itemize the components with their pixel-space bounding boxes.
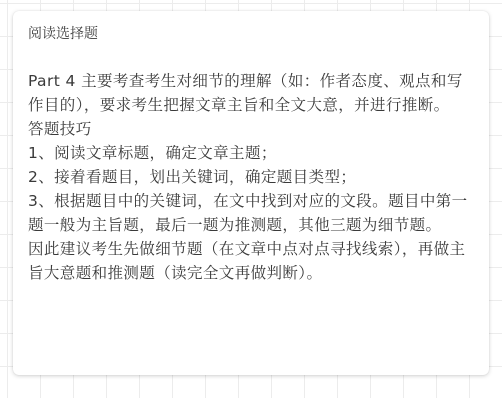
spacer: [28, 45, 475, 69]
paragraph-tips-heading: 答题技巧: [28, 117, 475, 141]
paragraph-tip-2: 2、接着看题目，划出关键词，确定题目类型；: [28, 165, 475, 189]
paragraph-advice: 因此建议考生先做细节题（在文章中点对点寻找线索），再做主旨大意题和推测题（读完全…: [28, 237, 475, 285]
card-title: 阅读选择题: [28, 23, 475, 45]
paragraph-tip-1: 1、阅读文章标题，确定文章主题；: [28, 141, 475, 165]
paragraph-tip-3: 3、根据题目中的关键词，在文中找到对应的文段。题目中第一题一般为主旨题，最后一题…: [28, 189, 475, 237]
card-content: Part 4 主要考查考生对细节的理解（如：作者态度、观点和写作目的），要求考生…: [28, 69, 475, 285]
paragraph-intro: Part 4 主要考查考生对细节的理解（如：作者态度、观点和写作目的），要求考生…: [28, 69, 475, 117]
content-card: 阅读选择题 Part 4 主要考查考生对细节的理解（如：作者态度、观点和写作目的…: [13, 11, 489, 375]
